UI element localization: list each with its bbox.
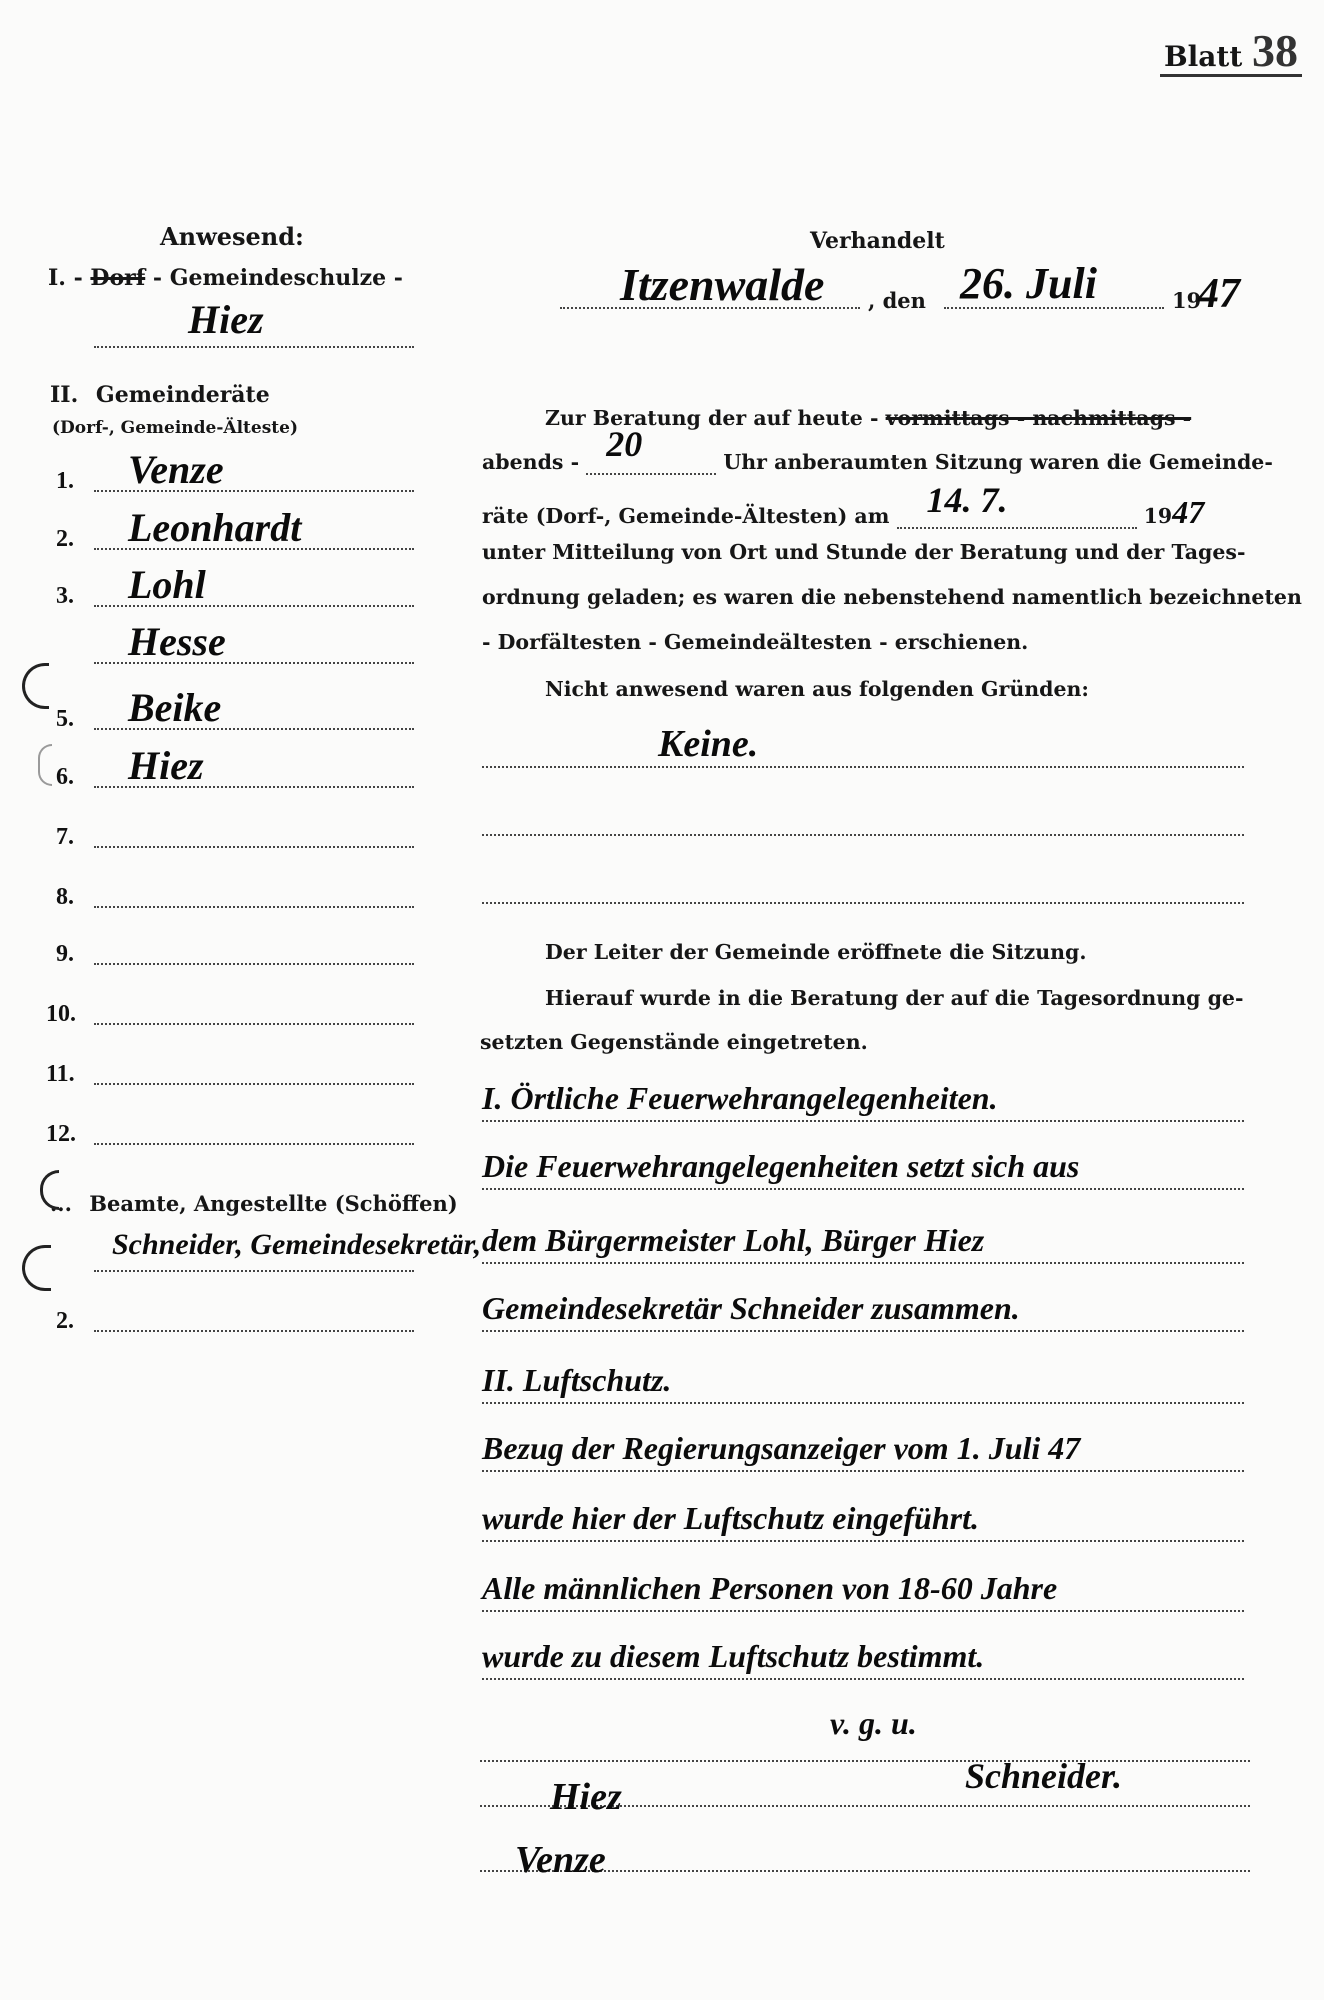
minutes-line[interactable] [482,1330,1244,1332]
council-member-line[interactable] [94,846,414,848]
margin-bracket-mark [40,1170,59,1210]
minutes-text: II. Luftschutz. [482,1362,671,1399]
council-member-name: Venze [128,446,224,493]
minutes-line[interactable] [482,1678,1244,1680]
official-2-number: 2. [56,1308,74,1335]
signature-venze: Venze [515,1838,606,1882]
council-member-line[interactable] [94,963,414,965]
council-label: II. Gemeinderäte [50,382,270,408]
council-member-number: 6. [56,764,74,791]
council-member-number: 1. [56,468,74,495]
council-member-line[interactable] [94,906,414,908]
margin-bracket-mark [22,1245,51,1291]
council-member-name: Leonhardt [128,504,301,551]
council-member-number: 7. [56,824,74,851]
council-member-name: Hiez [128,742,204,789]
absent-label: Nicht anwesend waren aus folgenden Gründ… [545,679,1089,700]
para1-line5: ordnung geladen; es waren die nebenstehe… [482,587,1302,608]
absent-line-2[interactable] [482,834,1244,836]
invite-date: 14. 7. [927,482,1008,518]
minutes-line[interactable] [482,1540,1244,1542]
council-member-number: 9. [56,941,74,968]
minutes-text: I. Örtliche Feuerwehrangelegenheiten. [482,1080,998,1117]
minutes-text: wurde zu diesem Luftschutz bestimmt. [482,1638,984,1675]
council-member-name: Hesse [128,618,226,665]
minutes-line[interactable] [482,1610,1244,1612]
council-member-number: 3. [56,583,74,610]
para1-line4: unter Mitteilung von Ort und Stunde der … [482,542,1245,563]
mayor-line[interactable] [94,346,414,348]
minutes-line[interactable] [482,1188,1244,1190]
absent-reason: Keine. [658,722,758,766]
minutes-text: Die Feuerwehrangelegenheiten setzt sich … [482,1148,1079,1185]
council-member-line[interactable] [94,1083,414,1085]
council-sublabel: (Dorf-, Gemeinde-Älteste) [52,418,298,438]
council-member-number: 10. [46,1001,76,1028]
para1-line6: - Dorfältesten - Gemeindeältesten - ersc… [482,632,1028,653]
meeting-date: 26. Juli [960,258,1097,309]
margin-bracket-mark [38,744,52,786]
den-label: , den [868,288,926,313]
council-member-number: 2. [56,526,74,553]
absent-line-1[interactable] [482,766,1244,768]
officials-label: ... Beamte, Angestellte (Schöffen) [50,1191,458,1216]
year-suffix: 47 [1198,270,1240,318]
hour-field[interactable]: 20 [586,452,716,475]
sheet-number: Blatt 38 [1164,24,1298,77]
signature-line-1[interactable] [480,1760,1250,1762]
opening-line2: Hierauf wurde in die Beratung der auf di… [545,988,1243,1009]
council-member-line[interactable] [94,1023,414,1025]
section-label: - Gemeindeschulze - [153,265,403,291]
opening-line3: setzten Gegenstände eingetreten. [480,1032,868,1053]
official-line-2[interactable] [94,1330,414,1332]
minutes-line[interactable] [482,1402,1244,1404]
minutes-line[interactable] [482,1120,1244,1122]
para1-line3: räte (Dorf-, Gemeinde-Ältesten) am 14. 7… [482,496,1204,529]
invite-year: 47 [1172,494,1204,530]
opening-line1: Der Leiter der Gemeinde eröffnete die Si… [545,942,1086,963]
minutes-text: Gemeindesekretär Schneider zusammen. [482,1290,1020,1327]
margin-bracket-mark [22,663,49,709]
minutes-text: v. g. u. [830,1705,917,1742]
para1-line2: abends - 20 Uhr anberaumten Sitzung ware… [482,452,1273,475]
council-member-line[interactable] [94,1143,414,1145]
absent-line-3[interactable] [482,902,1244,904]
section-numeral: II. [50,382,78,408]
year-prefix: 19 [1172,288,1201,313]
attendees-title: Anwesend: [160,222,304,251]
invite-date-field[interactable]: 14. 7. [897,506,1137,529]
meeting-hour: 20 [606,426,642,462]
council-member-number: 11. [46,1061,75,1088]
secretary-signature: Schneider. [965,1755,1122,1797]
minutes-text: wurde hier der Luftschutz eingeführt. [482,1500,979,1537]
struck-times: vormittags - nachmittags - [886,406,1192,430]
council-member-name: Beike [128,684,221,731]
section-label: Gemeinderäte [96,382,270,408]
sheet-number-value: 38 [1252,25,1298,76]
council-member-number: 8. [56,884,74,911]
mayor-name: Hiez [188,296,264,343]
minutes-text: Alle männlichen Personen von 18-60 Jahre [482,1570,1057,1607]
sheet-label: Blatt [1164,40,1242,73]
minutes-line[interactable] [482,1262,1244,1264]
signature-hiez: Hiez [550,1775,622,1819]
meeting-place: Itzenwalde [620,258,824,311]
sheet-number-underline [1160,74,1302,77]
mayor-label: I. - Dorf - Gemeindeschulze - [48,265,403,291]
struck-word: Dorf [90,265,145,291]
minutes-text: dem Bürgermeister Lohl, Bürger Hiez [482,1222,984,1259]
section-label: Beamte, Angestellte (Schöffen) [89,1191,457,1216]
minutes-text: Bezug der Regierungsanzeiger vom 1. Juli… [482,1430,1080,1467]
section-numeral: I. [48,265,66,291]
council-member-number: 5. [56,706,74,733]
council-member-number: 12. [46,1121,76,1148]
official-line-1[interactable] [94,1270,414,1272]
official-1-name: Schneider, Gemeindesekretär, [112,1228,481,1262]
proceedings-heading: Verhandelt [810,228,945,254]
minutes-line[interactable] [482,1470,1244,1472]
council-member-name: Lohl [128,561,206,608]
